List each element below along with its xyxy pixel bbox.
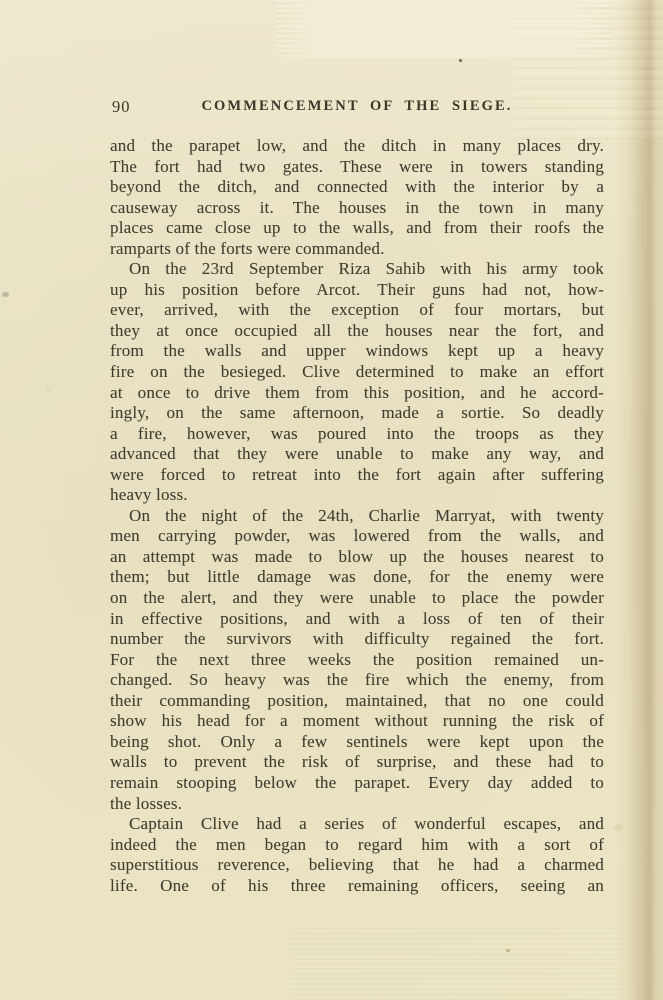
text-line: superstitious reverence, believing that …	[110, 855, 604, 876]
text-line: On the night of the 24th, Charlie Marrya…	[110, 506, 604, 527]
text-line: The fort had two gates. These were in to…	[110, 157, 604, 178]
scan-speck	[614, 824, 623, 831]
scan-speck	[2, 292, 9, 297]
text-line: remain stooping below the parapet. Every…	[110, 773, 604, 794]
text-line: from the walls and upper windows kept up…	[110, 341, 604, 362]
scan-speck	[506, 949, 510, 952]
text-line: ever, arrived, with the exception of fou…	[110, 300, 604, 321]
page-number: 90	[112, 97, 131, 116]
text-line: places came close up to the walls, and f…	[110, 218, 604, 239]
text-line: they at once occupied all the houses nea…	[110, 321, 604, 342]
text-line: on the alert, and they were unable to pl…	[110, 588, 604, 609]
text-line: heavy loss.	[110, 485, 604, 506]
text-line: For the next three weeks the position re…	[110, 650, 604, 671]
text-line: them; but little damage was done, for th…	[110, 567, 604, 588]
text-line: show his head for a moment without runni…	[110, 711, 604, 732]
text-line: at once to drive them from this position…	[110, 383, 604, 404]
text-line: their commanding position, maintained, t…	[110, 691, 604, 712]
text-line: life. One of his three remaining officer…	[110, 876, 604, 897]
text-line: indeed the men began to regard him with …	[110, 835, 604, 856]
scan-speck	[459, 59, 462, 62]
text-line: changed. So heavy was the fire which the…	[110, 670, 604, 691]
text-line: causeway across it. The houses in the to…	[110, 198, 604, 219]
text-line: an attempt was made to blow up the house…	[110, 547, 604, 568]
text-line: ramparts of the forts were commanded.	[110, 239, 604, 260]
text-line: number the survivors with difficulty reg…	[110, 629, 604, 650]
text-line: the losses.	[110, 794, 604, 815]
text-line: beyond the ditch, and connected with the…	[110, 177, 604, 198]
scan-streaks-bottom	[291, 928, 621, 1000]
running-title: COMMENCEMENT OF THE SIEGE.	[110, 97, 604, 116]
text-line: were forced to retreat into the fort aga…	[110, 465, 604, 486]
text-line: and the parapet low, and the ditch in ma…	[110, 136, 604, 157]
text-line: On the 23rd September Riza Sahib with hi…	[110, 259, 604, 280]
scan-streaks-top	[275, 0, 611, 58]
text-line: ingly, on the same afternoon, made a sor…	[110, 403, 604, 424]
scan-speck	[46, 388, 51, 391]
page-edge-shadow	[615, 0, 663, 1000]
text-line: Captain Clive had a series of wonderful …	[110, 814, 604, 835]
text-line: advanced that they were unable to make a…	[110, 444, 604, 465]
text-line: up his position before Arcot. Their guns…	[110, 280, 604, 301]
book-page: 90 COMMENCEMENT OF THE SIEGE. and the pa…	[0, 0, 663, 1000]
page-header: 90 COMMENCEMENT OF THE SIEGE.	[110, 97, 604, 116]
text-block: and the parapet low, and the ditch in ma…	[110, 136, 604, 896]
text-line: walls to prevent the risk of surprise, a…	[110, 752, 604, 773]
text-line: in effective positions, and with a loss …	[110, 609, 604, 630]
text-line: being shot. Only a few sentinels were ke…	[110, 732, 604, 753]
text-line: men carrying powder, was lowered from th…	[110, 526, 604, 547]
text-line: fire on the besieged. Clive determined t…	[110, 362, 604, 383]
text-line: a fire, however, was poured into the tro…	[110, 424, 604, 445]
